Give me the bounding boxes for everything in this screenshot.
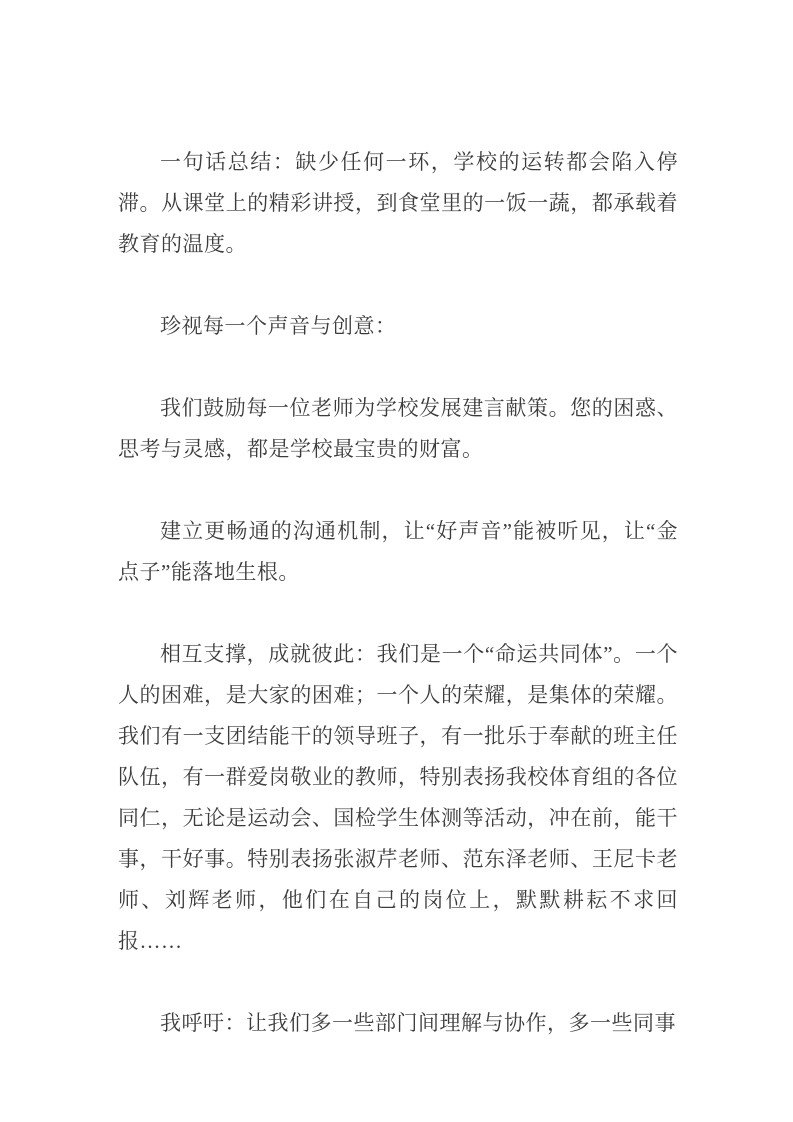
paragraph-heading-voices: 珍视每一个声音与创意： xyxy=(118,306,678,347)
paragraph-appeal: 我呼吁：让我们多一些部门间理解与协作，多一些同事 xyxy=(118,1003,678,1044)
paragraph-encourage: 我们鼓励每一位老师为学校发展建言献策。您的困惑、思考与灵感，都是学校最宝贵的财富… xyxy=(118,388,678,470)
paragraph-summary: 一句话总结：缺少任何一环，学校的运转都会陷入停滞。从课堂上的精彩讲授，到食堂里的… xyxy=(118,142,678,265)
paragraph-communication: 建立更畅通的沟通机制，让“好声音”能被听见，让“金点子”能落地生根。 xyxy=(118,511,678,593)
document-page: 一句话总结：缺少任何一环，学校的运转都会陷入停滞。从课堂上的精彩讲授，到食堂里的… xyxy=(0,0,793,1122)
paragraph-mutual-support: 相互支撑，成就彼此：我们是一个“命运共同体”。一个人的困难，是大家的困难；一个人… xyxy=(118,634,678,962)
document-body: 一句话总结：缺少任何一环，学校的运转都会陷入停滞。从课堂上的精彩讲授，到食堂里的… xyxy=(118,142,678,1044)
